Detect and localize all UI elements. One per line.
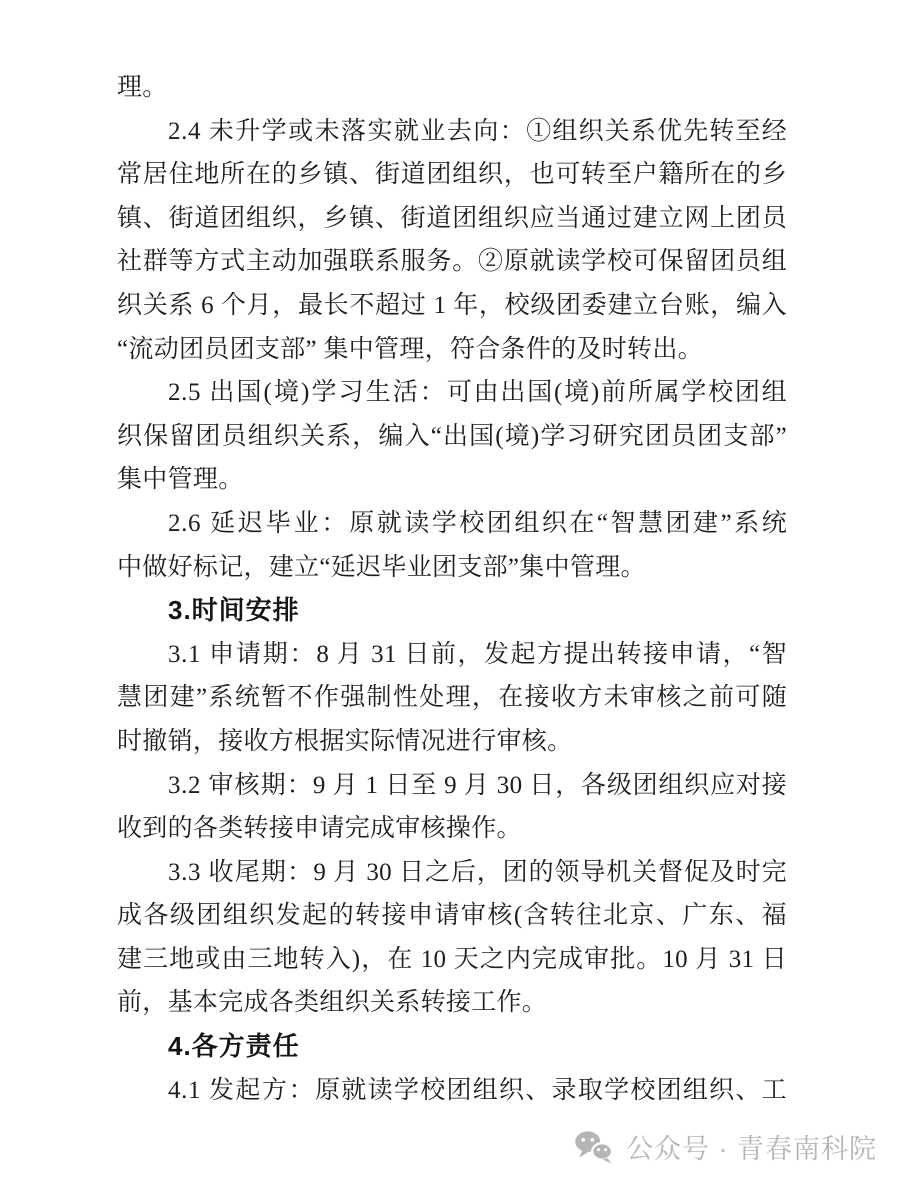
line-text: 成各级团组织发起的转接申请审核(含转往北京、广东、福 (117, 902, 787, 929)
line-text: 可由出国(境)前所属学校团组 (447, 379, 787, 406)
document-page: 理。2.4 未升学或未落实就业去向：①组织关系优先转至经常居住地所在的乡镇、街道… (0, 0, 903, 1184)
doc-line: 2.5 出国(境)学习生活：可由出国(境)前所属学校团组 (117, 371, 787, 415)
doc-line: 4.1 发起方：原就读学校团组织、录取学校团组织、工 (117, 1069, 787, 1113)
line-text: 镇、街道团组织，乡镇、街道团组织应当通过建立网上团员 (117, 205, 787, 232)
line-text: “流动团员团支部” 集中管理，符合条件的及时转出。 (117, 336, 703, 363)
doc-line: 3.1 申请期：8 月 31 日前，发起方提出转接申请，“智 (117, 633, 787, 677)
line-text: 中做好标记，建立“延迟毕业团支部”集中管理。 (117, 554, 646, 581)
line-text: 织关系 6 个月，最长不超过 1 年，校级团委建立台账，编入 (117, 292, 787, 319)
line-text: 常居住地所在的乡镇、街道团组织，也可转至户籍所在的乡 (117, 161, 787, 188)
doc-line: 常居住地所在的乡镇、街道团组织，也可转至户籍所在的乡 (117, 153, 787, 197)
line-text: 4.各方责任 (168, 1031, 300, 1061)
doc-line: 织保留团员组织关系，编入“出国(境)学习研究团员团支部” (117, 415, 787, 459)
doc-line: 集中管理。 (117, 458, 787, 502)
line-text: 时撤销，接收方根据实际情况进行审核。 (117, 728, 572, 755)
line-text: 理。 (117, 74, 168, 101)
line-text: 社群等方式主动加强联系服务。②原就读学校可保留团员组 (117, 248, 787, 275)
wechat-official-account-icon (574, 1130, 614, 1164)
doc-line: 中做好标记，建立“延迟毕业团支部”集中管理。 (117, 546, 787, 590)
doc-line: 前，基本完成各类组织关系转接工作。 (117, 981, 787, 1025)
line-text: ①组织关系优先转至经 (526, 118, 787, 145)
line-text: 集中管理。 (117, 466, 244, 493)
line-text: 织保留团员组织关系，编入“出国(境)学习研究团员团支部” (117, 423, 787, 450)
run-in-label: 3.2 审核期： (168, 772, 313, 799)
line-text: 前，基本完成各类组织关系转接工作。 (117, 989, 547, 1016)
document-text: 理。2.4 未升学或未落实就业去向：①组织关系优先转至经常居住地所在的乡镇、街道… (117, 66, 787, 1112)
line-text: 建三地或由三地转入)，在 10 天之内完成审批。10 月 31 日 (117, 946, 787, 973)
doc-line: 2.6 延迟毕业：原就读学校团组织在“智慧团建”系统 (117, 502, 787, 546)
line-text: 8 月 31 日前，发起方提出转接申请，“智 (316, 641, 787, 668)
doc-line: 时撤销，接收方根据实际情况进行审核。 (117, 720, 787, 764)
doc-line: “流动团员团支部” 集中管理，符合条件的及时转出。 (117, 328, 787, 372)
run-in-label: 2.4 未升学或未落实就业去向： (168, 118, 526, 145)
doc-line: 社群等方式主动加强联系服务。②原就读学校可保留团员组 (117, 240, 787, 284)
line-text: 原就读学校团组织、录取学校团组织、工 (315, 1077, 787, 1104)
watermark-text: 公众号 · 青春南科院 (626, 1127, 877, 1166)
doc-line: 3.2 审核期：9 月 1 日至 9 月 30 日，各级团组织应对接 (117, 764, 787, 808)
line-text: 慧团建”系统暂不作强制性处理，在接收方未审核之前可随 (117, 684, 787, 711)
watermark: 公众号 · 青春南科院 (574, 1127, 877, 1166)
line-text: 原就读学校团组织在“智慧团建”系统 (349, 510, 787, 537)
doc-line: 理。 (117, 66, 787, 110)
doc-line: 建三地或由三地转入)，在 10 天之内完成审批。10 月 31 日 (117, 938, 787, 982)
run-in-label: 2.6 延迟毕业： (168, 510, 349, 537)
doc-line: 2.4 未升学或未落实就业去向：①组织关系优先转至经 (117, 110, 787, 154)
run-in-label: 2.5 出国(境)学习生活： (168, 379, 447, 406)
doc-line: 成各级团组织发起的转接申请审核(含转往北京、广东、福 (117, 894, 787, 938)
run-in-label: 4.1 发起方： (168, 1077, 315, 1104)
line-text: 9 月 1 日至 9 月 30 日，各级团组织应对接 (313, 772, 787, 799)
section-heading: 3.时间安排 (117, 589, 787, 633)
doc-line: 3.3 收尾期：9 月 30 日之后，团的领导机关督促及时完 (117, 851, 787, 895)
run-in-label: 3.1 申请期： (168, 641, 316, 668)
doc-line: 收到的各类转接申请完成审核操作。 (117, 807, 787, 851)
section-heading: 4.各方责任 (117, 1025, 787, 1069)
doc-line: 织关系 6 个月，最长不超过 1 年，校级团委建立台账，编入 (117, 284, 787, 328)
doc-line: 慧团建”系统暂不作强制性处理，在接收方未审核之前可随 (117, 676, 787, 720)
run-in-label: 3.3 收尾期： (168, 859, 313, 886)
doc-line: 镇、街道团组织，乡镇、街道团组织应当通过建立网上团员 (117, 197, 787, 241)
line-text: 3.时间安排 (168, 595, 300, 625)
line-text: 9 月 30 日之后，团的领导机关督促及时完 (313, 859, 787, 886)
line-text: 收到的各类转接申请完成审核操作。 (117, 815, 522, 842)
